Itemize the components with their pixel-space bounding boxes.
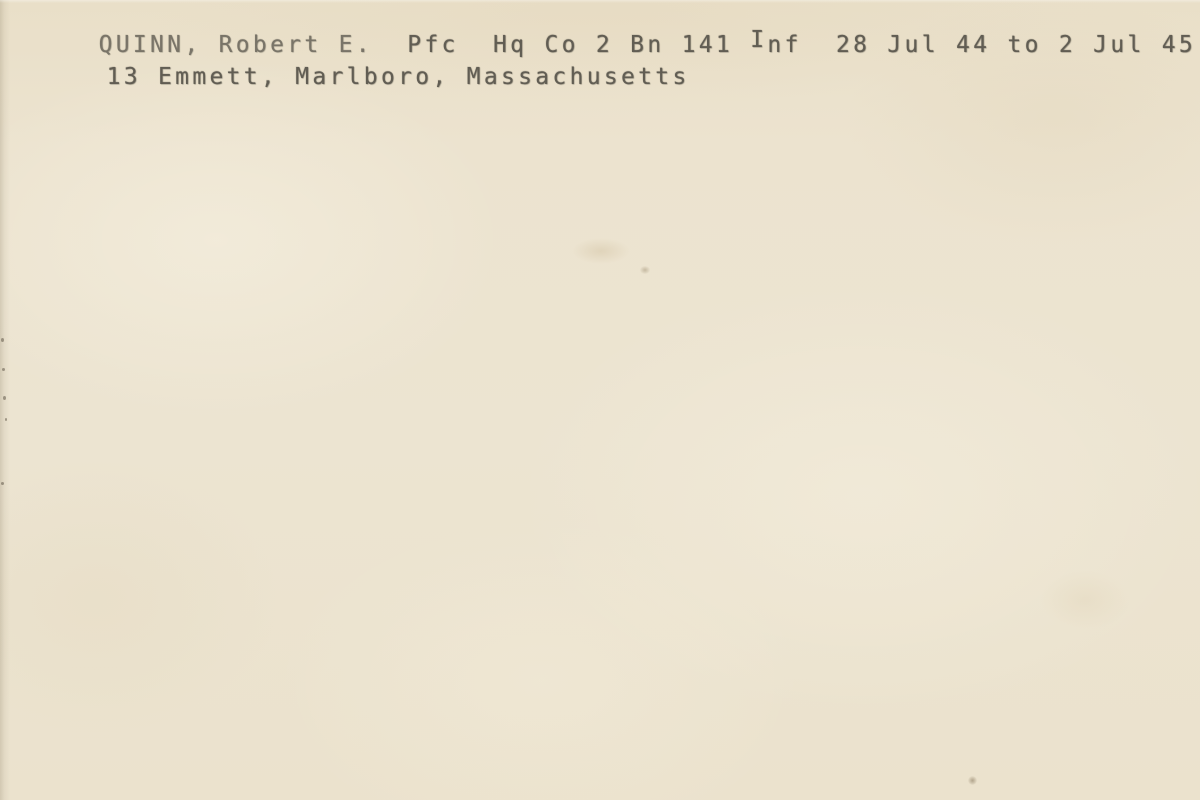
- paper-speck-stain: [968, 776, 977, 785]
- card-line-address: 13 Emmett, Marlboro, Massachusetts: [38, 37, 690, 118]
- paper-stain: [572, 238, 630, 264]
- service-dates: 28 Jul 44 to 2 Jul 45: [836, 32, 1196, 58]
- paper-stain: [1040, 570, 1130, 630]
- paper-stain: [640, 266, 650, 274]
- home-address: 13 Emmett, Marlboro, Massachusetts: [107, 64, 690, 90]
- scan-left-edge-shading: [0, 0, 10, 800]
- unit-branch-rest: nf: [767, 32, 836, 58]
- scan-top-edge-highlight: [0, 0, 1200, 3]
- unit-branch-initial: I: [750, 27, 767, 53]
- index-card: QUINN, Robert E. Pfc Hq Co 2 Bn 141 Inf …: [0, 0, 1200, 800]
